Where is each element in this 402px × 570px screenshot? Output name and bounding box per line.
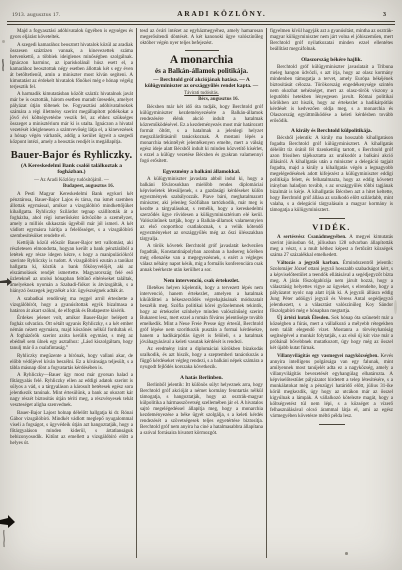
article-headline-sub: és a Balkán-államok politikája. (140, 67, 263, 75)
newspaper-page: 1913. augusztus 17. ARADI KÖZLÖNY. 3 Maj… (0, 0, 402, 570)
page-number: 3 (383, 12, 392, 18)
body-paragraph: Bécsből jelentik: A király ma hosszabb k… (270, 136, 393, 214)
body-paragraph: A szabadkai rendőrség ma reggel arról ér… (10, 297, 133, 315)
column-middle: tesd az óvári intézet az egyházmegyéhez,… (136, 28, 266, 558)
subsection-heading: A király és Berchtold külpolitikája. (270, 128, 393, 134)
wire-credit: Távirati tudósítás. (140, 91, 263, 96)
body-paragraph: Bécsben már két idő óta tudják, hogy Ber… (140, 105, 263, 165)
body-paragraph: A Ryhliczky—Bauer ügy most már gyorsan h… (10, 373, 133, 409)
news-brief-lead: Változás a jegyzői karban. (277, 261, 339, 266)
article-deck: — Berchtold gróf akciójának hatása. — A … (142, 77, 261, 89)
body-paragraph: A Pesti Magyar Kereskedelmi Bank egykori… (10, 192, 133, 240)
news-brief: Villanyvilágítás egy vasmegyei nagyközsé… (270, 354, 393, 420)
end-rule (319, 424, 345, 425)
body-paragraph: Berchtold gróf külügyminiszter javaslata… (270, 65, 393, 125)
body-paragraph: Az eredmény iránt a diplomáciai körökben… (140, 347, 263, 371)
page-header: 1913. augusztus 17. ARADI KÖZLÖNY. 3 (0, 0, 402, 20)
body-paragraph: Érdekes jelenet volt, amikor Bauer-Bajor… (10, 316, 133, 352)
section-divider-rule (185, 50, 219, 51)
article-dateline: Bécs, augusztus 16. (140, 97, 263, 102)
body-paragraph: A harmadik kimutatásban közölt száztíz h… (10, 92, 133, 146)
article-byline: — Az Aradi Közlöny tudósítójától. — (10, 178, 133, 183)
header-double-rule (7, 21, 395, 25)
article-headline: A monarchia (140, 54, 263, 66)
body-paragraph: A török követek Berchtold gróf javaslatá… (140, 244, 263, 274)
news-brief: A sertésvész Csanádmegyében. A megyei ki… (270, 235, 393, 259)
article-headline: Bauer-Bajor és Ryhliczky. (10, 150, 133, 161)
body-paragraph: A szegedi kamarához beosztott hivatalok … (10, 43, 133, 91)
body-paragraph: Majd a fogyasztási adóhivatalok ügyében … (10, 29, 133, 41)
body-paragraph: Bauer-Bajor Lajost holnap délelőtt hallg… (10, 411, 133, 447)
subsection-heading: Egyezmény a balkáni államokkal. (140, 169, 263, 175)
subsection-heading: A hatás Berlinben. (140, 375, 263, 381)
body-paragraph: A külügyminiszter javaslata abból indul … (140, 177, 263, 243)
news-brief-lead: A sertésvész Csanádmegyében. (277, 235, 346, 240)
body-paragraph: figyelmen kívül hagyják azt a gyanúsítás… (270, 29, 393, 53)
column-left: Majd a fogyasztási adóhivatalok ügyében … (7, 28, 136, 558)
issue-date: 1913. augusztus 17. (12, 12, 61, 18)
news-brief-text: Érmindszentről jelentik: Szolomájer Józs… (270, 261, 393, 314)
videk-section-header: VIDÉK. (270, 222, 393, 232)
column-layout: Majd a fogyasztási adóhivatalok ügyében … (0, 27, 402, 558)
body-paragraph: tesd az óvári intézet az egyházmegyéhez,… (140, 29, 263, 47)
news-brief-lead: Új ártézi kutak Élesden. (277, 316, 330, 321)
section-divider-rule (319, 218, 345, 219)
body-paragraph: Illetékes helyen kijelentik, hogy a terv… (140, 286, 263, 346)
body-paragraph: Berlinből jelentik: Itt különös súlyt he… (140, 383, 263, 437)
subsection-heading: Olaszország békére hajlik. (270, 57, 393, 63)
body-paragraph: Kettőjük közül először Bauer-Bajor tett … (10, 241, 133, 295)
masthead-title: ARADI KÖZLÖNY. (177, 9, 266, 18)
news-brief-lead: Villanyvilágítás egy vasmegyei nagyközsé… (277, 354, 379, 359)
news-brief: Új ártézi kutak Élesden. Sok hónap óta s… (270, 316, 393, 352)
column-right: figyelmen kívül hagyják azt a gyanúsítás… (266, 28, 396, 558)
article-dateline: Budapest, augusztus 16. (10, 184, 133, 189)
news-brief-text: Sok hónap óta szünetelt már a községben … (270, 316, 393, 351)
body-paragraph: Ryhliczky megüzente a bírónak, hogy vall… (10, 354, 133, 372)
news-brief-text: Kevés annyira intelligens polgársága van… (270, 354, 393, 419)
article-subtitle: (A Kereskedelmi Bank csalói találkoztak … (16, 163, 127, 176)
subsection-heading: Nem intervenció, csak értekezlet. (140, 278, 263, 284)
news-brief: Változás a jegyzői karban. Érmindszentrő… (270, 261, 393, 315)
